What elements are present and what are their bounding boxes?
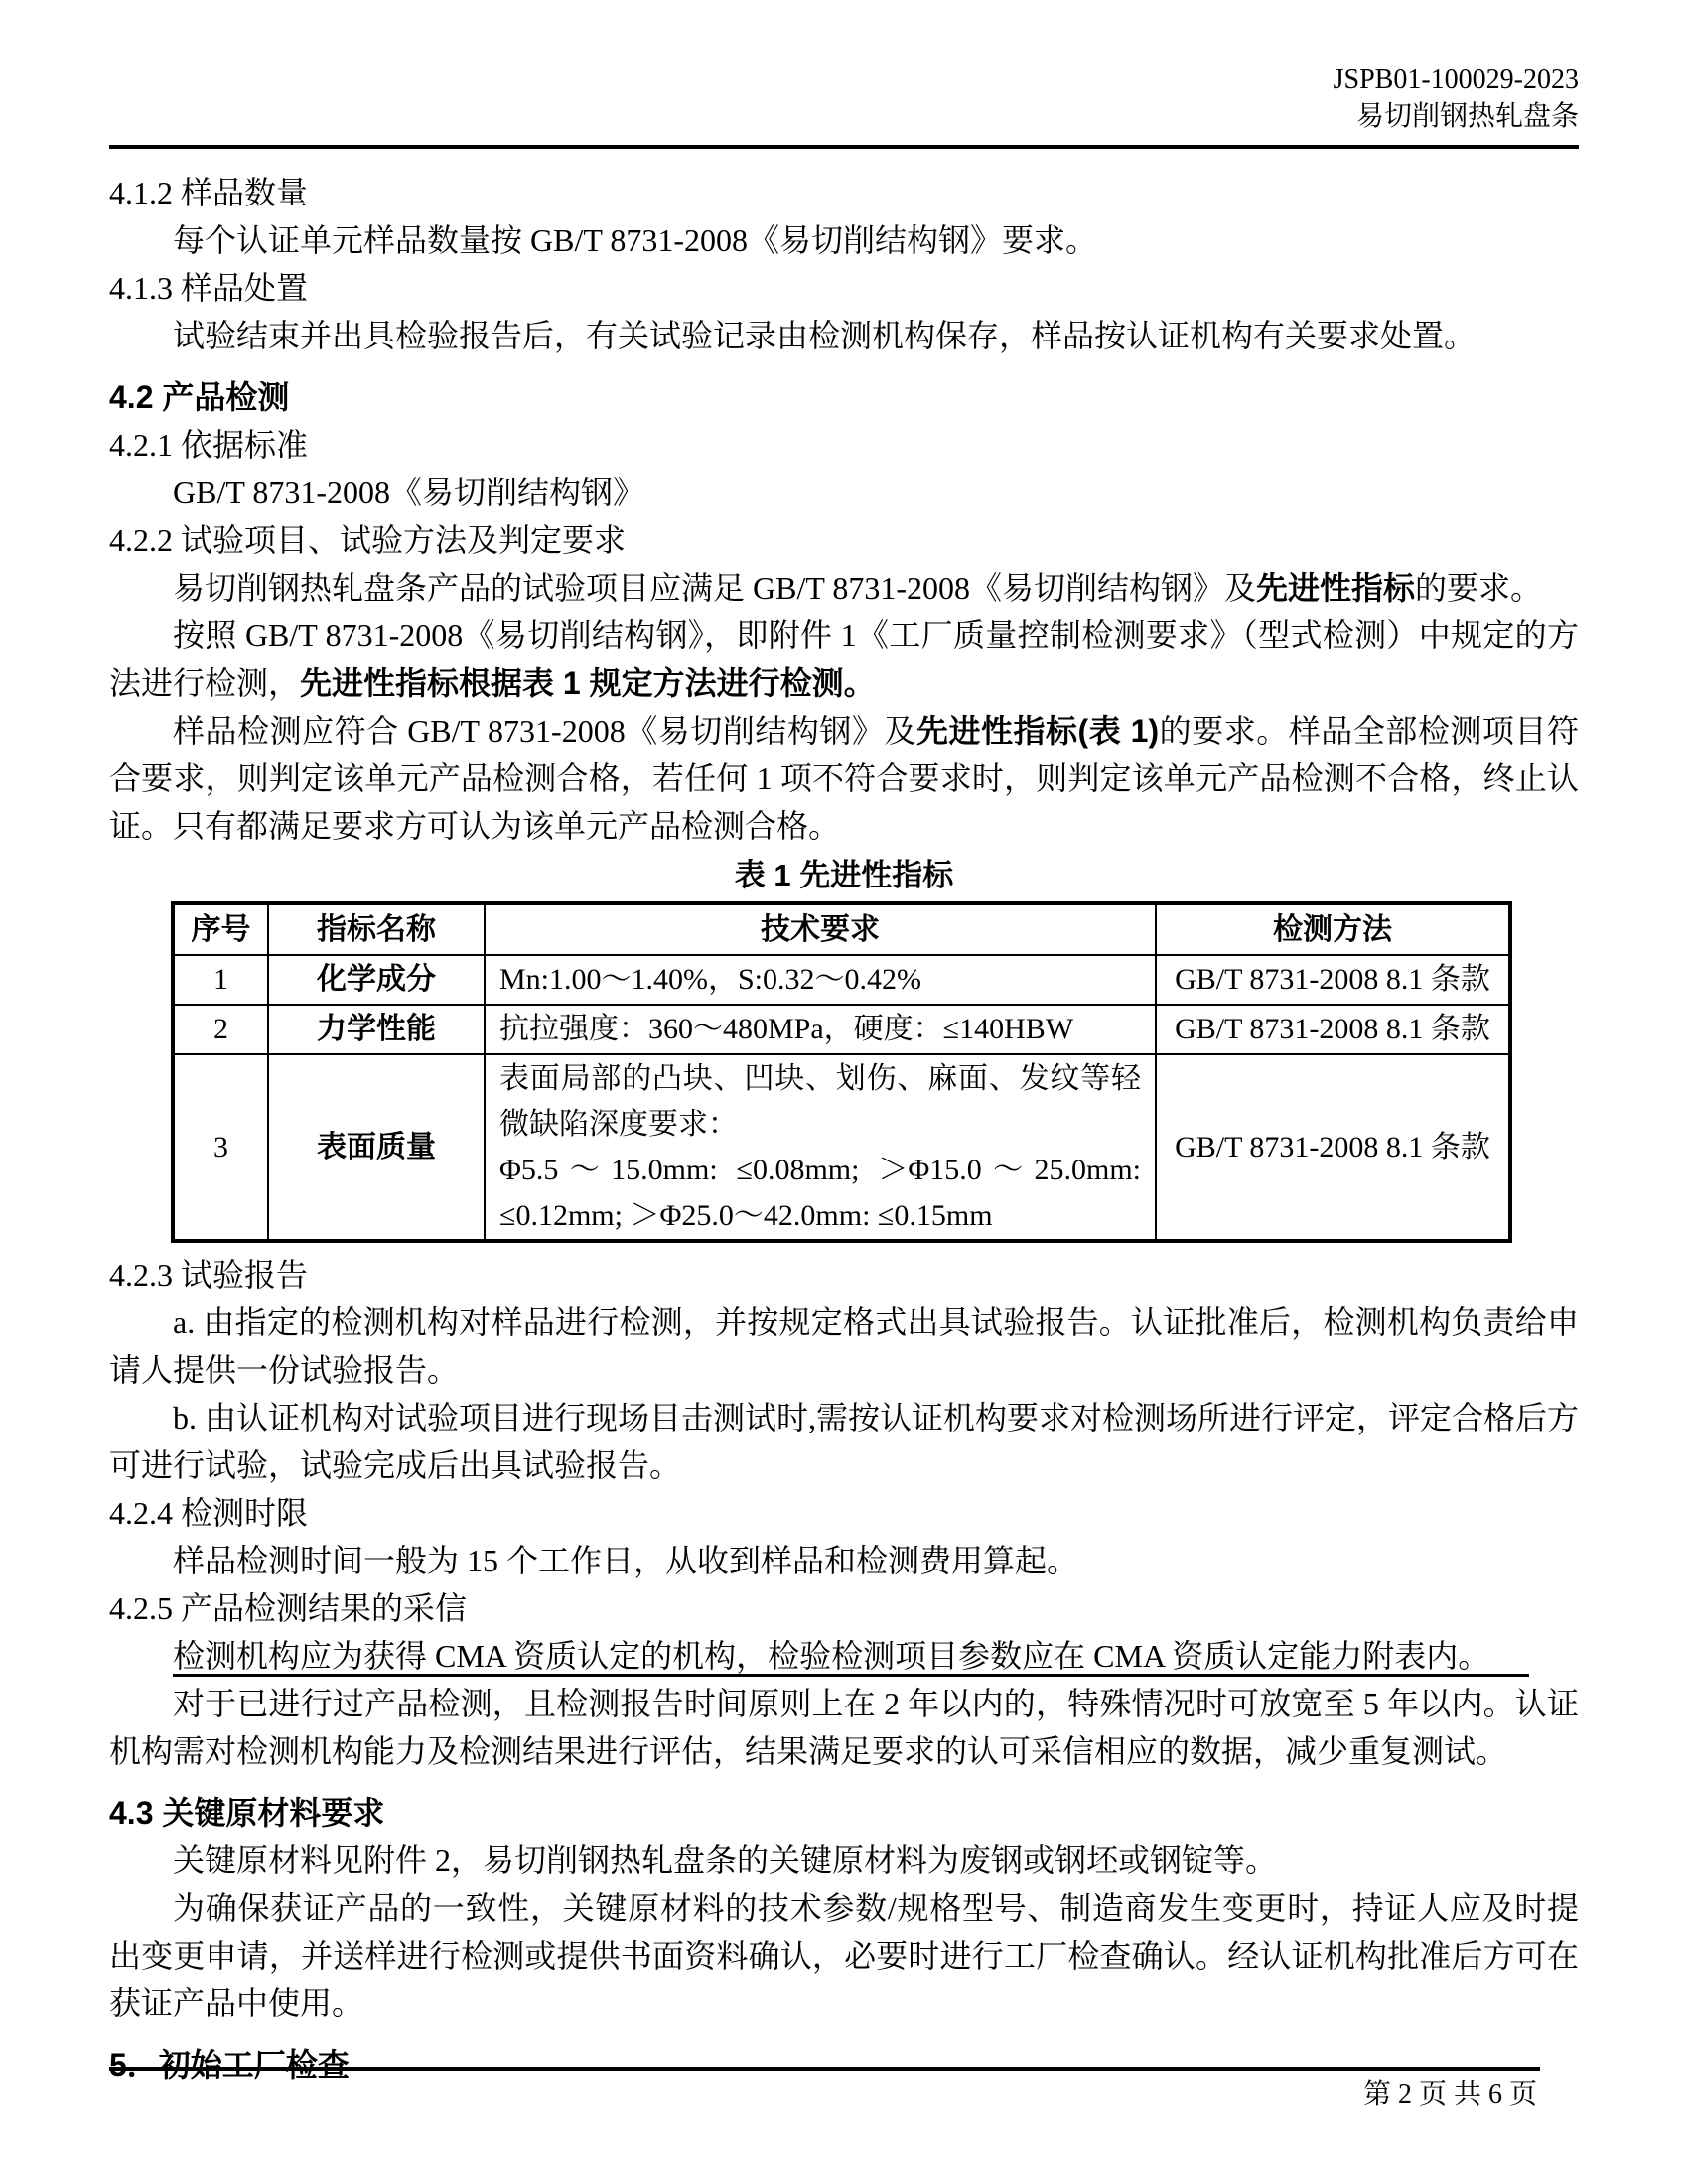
- heading-4-2-1: 4.2.1 依据标准: [109, 421, 1579, 469]
- heading-4-2-3: 4.2.3 试验报告: [109, 1251, 1579, 1298]
- cell-technical-requirement: 抗拉强度：360～480MPa，硬度：≤140HBW: [485, 1005, 1156, 1054]
- document-body: 4.1.2 样品数量 每个认证单元样品数量按 GB/T 8731-2008《易切…: [109, 169, 1579, 2089]
- text-run: 的要求。: [1415, 570, 1542, 606]
- col-header-indicator-name: 指标名称: [268, 903, 485, 955]
- heading-4-1-2: 4.1.2 样品数量: [109, 169, 1579, 216]
- heading-4-2: 4.2 产品检测: [109, 373, 1579, 421]
- bold-run: 先进性指标(表 1): [916, 713, 1159, 749]
- para-4-2-2-3: 样品检测应符合 GB/T 8731-2008《易切削结构钢》及先进性指标(表 1…: [109, 707, 1579, 850]
- cell-seq: 1: [173, 955, 268, 1005]
- cell-seq: 3: [173, 1054, 268, 1241]
- col-header-seq: 序号: [173, 903, 268, 955]
- para-4-2-4: 样品检测时间一般为 15 个工作日，从收到样品和检测费用算起。: [109, 1537, 1579, 1584]
- table-row: 1 化学成分 Mn:1.00～1.40%，S:0.32～0.42% GB/T 8…: [173, 955, 1510, 1005]
- requirement-line: Φ5.5～15.0mm: ≤0.08mm; ＞Φ15.0～25.0mm: ≤0.…: [499, 1148, 1141, 1239]
- para-4-1-2: 每个认证单元样品数量按 GB/T 8731-2008《易切削结构钢》要求。: [109, 216, 1579, 264]
- doc-number: JSPB01-100029-2023: [109, 62, 1579, 98]
- doc-subtitle: 易切削钢热轧盘条: [109, 98, 1579, 135]
- cell-seq: 2: [173, 1005, 268, 1054]
- text-run: 样品检测应符合 GB/T 8731-2008《易切削结构钢》及: [173, 713, 916, 749]
- cell-indicator-name: 表面质量: [268, 1054, 485, 1241]
- table-row: 2 力学性能 抗拉强度：360～480MPa，硬度：≤140HBW GB/T 8…: [173, 1005, 1510, 1054]
- underlined-run: 检测机构应为获得 CMA 资质认定的机构，检验检测项目参数应在 CMA 资质认定…: [173, 1638, 1529, 1677]
- heading-4-2-2: 4.2.2 试验项目、试验方法及判定要求: [109, 516, 1579, 564]
- para-4-2-3-a: a. 由指定的检测机构对样品进行检测，并按规定格式出具试验报告。认证批准后，检测…: [109, 1298, 1579, 1394]
- bold-run: 先进性指标: [1256, 570, 1415, 606]
- para-4-2-3-b: b. 由认证机构对试验项目进行现场目击测试时,需按认证机构要求对检测场所进行评定…: [109, 1394, 1579, 1489]
- header-rule: [109, 145, 1579, 149]
- para-4-2-2-1: 易切削钢热轧盘条产品的试验项目应满足 GB/T 8731-2008《易切削结构钢…: [109, 564, 1579, 612]
- table-header-row: 序号 指标名称 技术要求 检测方法: [173, 903, 1510, 955]
- para-4-2-5: 对于已进行过产品检测，且检测报告时间原则上在 2 年以内的，特殊情况时可放宽至 …: [109, 1680, 1579, 1775]
- requirement-line: 表面局部的凸块、凹块、划伤、麻面、发纹等轻微缺陷深度要求：: [499, 1056, 1141, 1148]
- cell-test-method: GB/T 8731-2008 8.1 条款: [1156, 1005, 1510, 1054]
- heading-4-2-4: 4.2.4 检测时限: [109, 1489, 1579, 1537]
- cell-test-method: GB/T 8731-2008 8.1 条款: [1156, 1054, 1510, 1241]
- footer-rule: [109, 2067, 1540, 2071]
- cell-technical-requirement: 表面局部的凸块、凹块、划伤、麻面、发纹等轻微缺陷深度要求： Φ5.5～15.0m…: [485, 1054, 1156, 1241]
- cell-technical-requirement: Mn:1.00～1.40%，S:0.32～0.42%: [485, 955, 1156, 1005]
- heading-4-3: 4.3 关键原材料要求: [109, 1789, 1579, 1837]
- para-4-3-2: 为确保获证产品的一致性，关键原材料的技术参数/规格型号、制造商发生变更时，持证人…: [109, 1884, 1579, 2027]
- col-header-test-method: 检测方法: [1156, 903, 1510, 955]
- table-caption: 表 1 先进性指标: [109, 854, 1579, 897]
- para-4-2-1: GB/T 8731-2008《易切削结构钢》: [109, 469, 1579, 516]
- advancement-indicator-table: 序号 指标名称 技术要求 检测方法 1 化学成分 Mn:1.00～1.40%，S…: [171, 901, 1512, 1243]
- text-run: 易切削钢热轧盘条产品的试验项目应满足 GB/T 8731-2008《易切削结构钢…: [173, 570, 1256, 606]
- heading-5: 5．初始工厂检查: [109, 2041, 1579, 2089]
- heading-4-1-3: 4.1.3 样品处置: [109, 264, 1579, 312]
- para-4-3-1: 关键原材料见附件 2，易切削钢热轧盘条的关键原材料为废钢或钢坯或钢锭等。: [109, 1837, 1579, 1884]
- cell-test-method: GB/T 8731-2008 8.1 条款: [1156, 955, 1510, 1005]
- document-page: JSPB01-100029-2023 易切削钢热轧盘条 4.1.2 样品数量 每…: [0, 0, 1688, 2184]
- page-number: 第 2 页 共 6 页: [1363, 2077, 1537, 2113]
- para-4-2-5-underlined: 检测机构应为获得 CMA 资质认定的机构，检验检测项目参数应在 CMA 资质认定…: [109, 1632, 1579, 1680]
- cell-indicator-name: 化学成分: [268, 955, 485, 1005]
- table-row: 3 表面质量 表面局部的凸块、凹块、划伤、麻面、发纹等轻微缺陷深度要求： Φ5.…: [173, 1054, 1510, 1241]
- para-4-2-2-2: 按照 GB/T 8731-2008《易切削结构钢》，即附件 1《工厂质量控制检测…: [109, 612, 1579, 707]
- cell-indicator-name: 力学性能: [268, 1005, 485, 1054]
- document-header: JSPB01-100029-2023 易切削钢热轧盘条: [109, 62, 1579, 135]
- col-header-technical-requirement: 技术要求: [485, 903, 1156, 955]
- heading-4-2-5: 4.2.5 产品检测结果的采信: [109, 1584, 1579, 1632]
- bold-run: 先进性指标根据表 1 规定方法进行检测。: [300, 665, 876, 701]
- para-4-1-3: 试验结束并出具检验报告后，有关试验记录由检测机构保存，样品按认证机构有关要求处置…: [109, 312, 1579, 359]
